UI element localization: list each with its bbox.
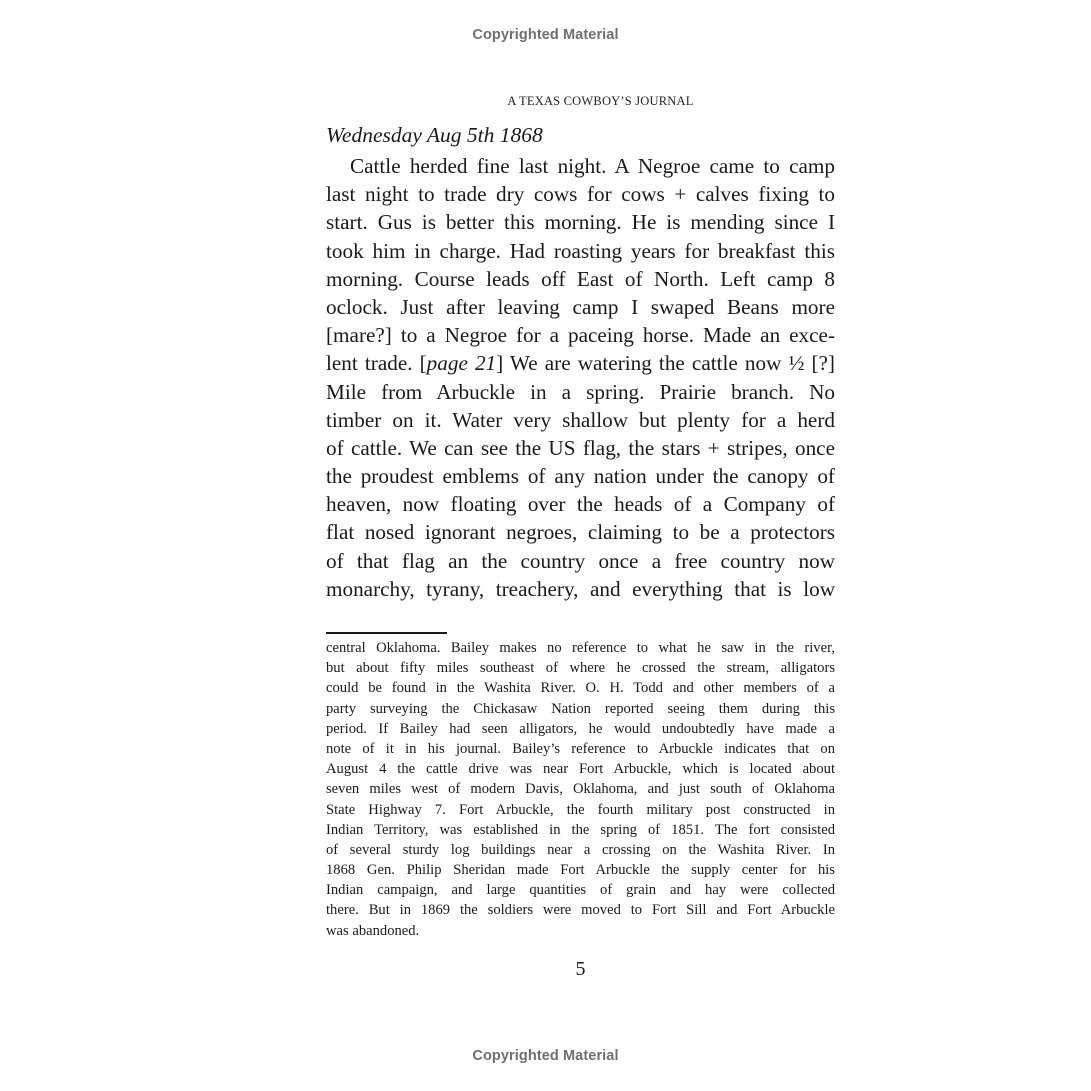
body-line: took him in charge. Had roasting years f… (326, 237, 835, 265)
journal-entry-body: Cattle herded fine last night. A Negroe … (326, 152, 835, 603)
body-line: heaven, now floating over the heads of a… (326, 490, 835, 518)
footnote-line: but about fifty miles southeast of where… (326, 658, 835, 678)
body-line: oclock. Just after leaving camp I swaped… (326, 293, 835, 321)
journal-entry-date: Wednesday Aug 5th 1868 (326, 123, 543, 148)
body-line: of that flag an the country once a free … (326, 547, 835, 575)
page-number: 5 (326, 958, 835, 981)
body-line: monarchy, tyrany, treachery, and everyth… (326, 575, 835, 603)
text-segment: ] We are watering the cattle now ½ [?] (496, 351, 835, 375)
body-line: [mare?] to a Negroe for a paceing horse.… (326, 321, 835, 349)
footnote-line: note of it in his journal. Bailey’s refe… (326, 739, 835, 759)
footnote-line: was abandoned. (326, 921, 835, 941)
body-line-with-page-ref: lent trade. [page 21] We are watering th… (326, 349, 835, 377)
footnote-separator-rule (326, 632, 447, 634)
body-line: Mile from Arbuckle in a spring. Prairie … (326, 378, 835, 406)
footnote-line: period. If Bailey had seen alligators, h… (326, 719, 835, 739)
body-line: of cattle. We can see the US flag, the s… (326, 434, 835, 462)
running-head: A TEXAS COWBOY’S JOURNAL (326, 94, 835, 109)
original-page-reference: page 21 (427, 351, 496, 375)
footnote-line: there. But in 1869 the soldiers were mov… (326, 900, 835, 920)
body-line: timber on it. Water very shallow but ple… (326, 406, 835, 434)
text-segment: lent trade. [ (326, 351, 427, 375)
footnote-line: State Highway 7. Fort Arbuckle, the four… (326, 800, 835, 820)
body-line: the proudest emblems of any nation under… (326, 462, 835, 490)
footnote-line: Indian Territory, was established in the… (326, 820, 835, 840)
body-line: flat nosed ignorant negroes, claiming to… (326, 518, 835, 546)
body-line: last night to trade dry cows for cows + … (326, 180, 835, 208)
footnote-line: Indian campaign, and large quantities of… (326, 880, 835, 900)
copyright-watermark-bottom: Copyrighted Material (0, 1048, 1091, 1064)
footnote-line: party surveying the Chickasaw Nation rep… (326, 699, 835, 719)
footnote-line: of several sturdy log buildings near a c… (326, 840, 835, 860)
copyright-watermark-top: Copyrighted Material (0, 27, 1091, 43)
footnote-line: 1868 Gen. Philip Sheridan made Fort Arbu… (326, 860, 835, 880)
body-line: start. Gus is better this morning. He is… (326, 208, 835, 236)
body-line: morning. Course leads off East of North.… (326, 265, 835, 293)
footnote-line: seven miles west of modern Davis, Oklaho… (326, 779, 835, 799)
footnote: central Oklahoma. Bailey makes no refere… (326, 638, 835, 941)
footnote-line: August 4 the cattle drive was near Fort … (326, 759, 835, 779)
footnote-line: central Oklahoma. Bailey makes no refere… (326, 638, 835, 658)
footnote-line: could be found in the Washita River. O. … (326, 678, 835, 698)
body-line: Cattle herded fine last night. A Negroe … (326, 152, 835, 180)
